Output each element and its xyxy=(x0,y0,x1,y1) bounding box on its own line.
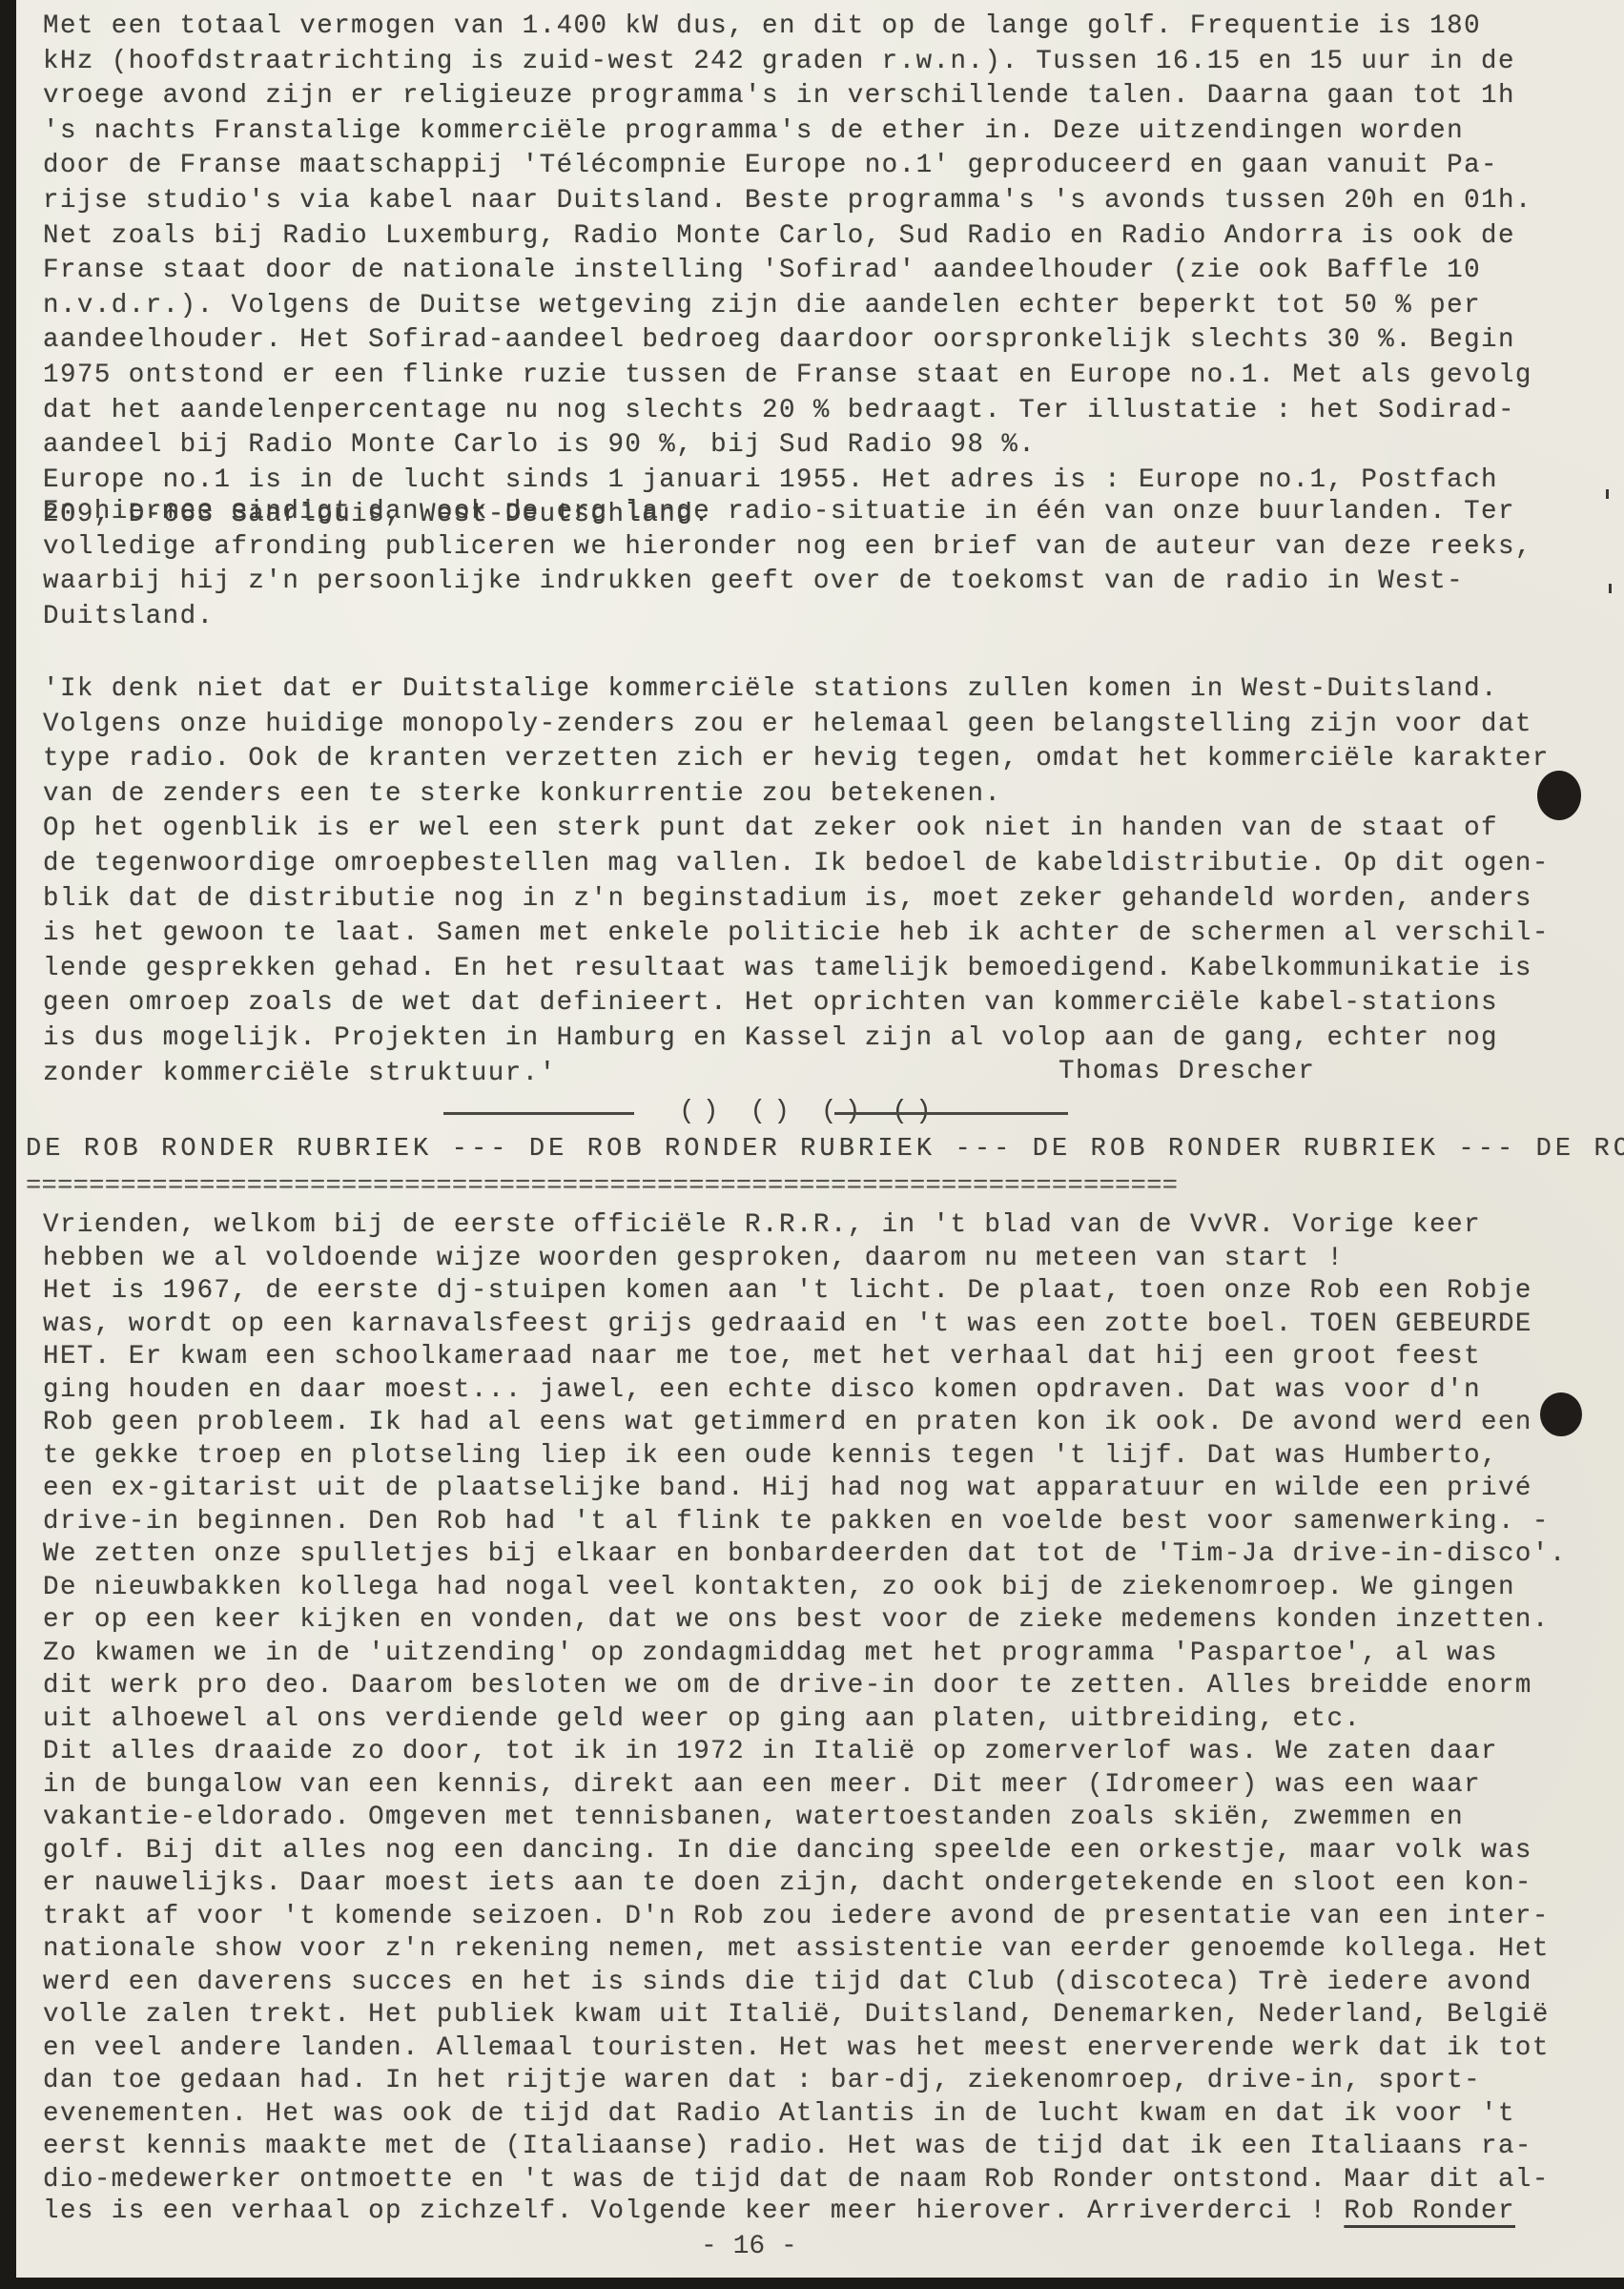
text-line: de tegenwoordige omroepbestellen mag val… xyxy=(43,851,1550,877)
text-line: hebben we al voldoende wijze woorden ges… xyxy=(43,1246,1344,1272)
text-line: uit alhoewel al ons verdiende geld weer … xyxy=(43,1706,1361,1733)
separator-line-right xyxy=(834,1112,1068,1115)
rubriek-rule: ========================================… xyxy=(26,1174,1178,1200)
text-line: geen omroep zoals de wet dat definieert.… xyxy=(43,990,1498,1017)
text-line: Net zoals bij Radio Luxemburg, Radio Mon… xyxy=(43,223,1515,250)
page-number: - 16 - xyxy=(701,2232,797,2261)
rubriek-signature: Rob Ronder xyxy=(1344,2196,1515,2226)
text-line: blik dat de distributie nog in z'n begin… xyxy=(43,886,1532,913)
text-line: Met een totaal vermogen van 1.400 kW dus… xyxy=(43,13,1481,40)
text-line: Volgens onze huidige monopoly-zenders zo… xyxy=(43,711,1532,738)
text-line: werd een daverens succes en het is sinds… xyxy=(43,1969,1532,1996)
text-line: We zetten onze spulletjes bij elkaar en … xyxy=(43,1541,1567,1568)
text-line: een ex-gitarist uit de plaatselijke band… xyxy=(43,1475,1532,1502)
punch-hole-upper xyxy=(1537,771,1581,820)
text-line: type radio. Ook de kranten verzetten zic… xyxy=(43,746,1550,773)
text-line: nationale show voor z'n rekening nemen, … xyxy=(43,1936,1550,1963)
text-line: Vrienden, welkom bij de eerste officiële… xyxy=(43,1212,1481,1239)
margin-mark xyxy=(1606,489,1609,499)
text-line: lende gesprekken gehad. En het resultaat… xyxy=(43,956,1532,982)
text-line: rijse studio's via kabel naar Duitsland.… xyxy=(43,188,1532,215)
punch-hole-lower xyxy=(1540,1392,1582,1436)
text-line: eerst kennis maakte met de (Italiaanse) … xyxy=(43,2134,1532,2160)
text-line: van de zenders een te sterke konkurrenti… xyxy=(43,781,1001,808)
rubriek-last-line: les is een verhaal op zichzelf. Volgende… xyxy=(43,2198,1515,2225)
text-line: 'Ik denk niet dat er Duitstalige kommerc… xyxy=(43,676,1498,703)
text-line: drive-in beginnen. Den Rob had 't al fli… xyxy=(43,1509,1550,1536)
text-line: aandeelhouder. Het Sofirad-aandeel bedro… xyxy=(43,327,1515,354)
text-line: aandeel bij Radio Monte Carlo is 90 %, b… xyxy=(43,432,1036,459)
text-line: trakt af voor 't komende seizoen. D'n Ro… xyxy=(43,1904,1550,1930)
text-line: kHz (hoofdstraatrichting is zuid-west 24… xyxy=(43,49,1515,75)
text-line: dio-medewerker ontmoette en 't was de ti… xyxy=(43,2167,1550,2194)
text-line: Duitsland. xyxy=(43,604,215,630)
rubriek-header: DE ROB RONDER RUBRIEK --- DE ROB RONDER … xyxy=(26,1137,1624,1163)
text-line: Op het ogenblik is er wel een sterk punt… xyxy=(43,815,1498,842)
text-line: Zo kwamen we in de 'uitzending' op zonda… xyxy=(43,1640,1498,1667)
text-line: Rob geen probleem. Ik had al eens wat ge… xyxy=(43,1410,1532,1436)
margin-mark xyxy=(1609,584,1612,593)
text-line: ging houden en daar moest... jawel, een … xyxy=(43,1377,1481,1404)
text-line: Franse staat door de nationale instellin… xyxy=(43,258,1481,284)
text-line: te gekke troep en plotseling liep ik een… xyxy=(43,1443,1498,1470)
text-line: Dit alles draaide zo door, tot ik in 197… xyxy=(43,1739,1498,1765)
text-line: Het is 1967, de eerste dj-stuipen komen … xyxy=(43,1278,1532,1305)
text-line: golf. Bij dit alles nog een dancing. In … xyxy=(43,1838,1532,1865)
letter-signature: Thomas Drescher xyxy=(1059,1059,1315,1085)
text-line: vakantie-eldorado. Omgeven met tennisban… xyxy=(43,1804,1464,1831)
text-line: vroege avond zijn er religieuze programm… xyxy=(43,83,1515,110)
text-line: 's nachts Franstalige kommerciële progra… xyxy=(43,118,1464,145)
text-line: er nauwelijks. Daar moest iets aan te do… xyxy=(43,1870,1532,1897)
text-line: De nieuwbakken kollega had nogal veel ko… xyxy=(43,1575,1515,1601)
text-line: dan toe gedaan had. In het rijtje waren … xyxy=(43,2068,1481,2094)
text-line: zonder kommerciële struktuur.' xyxy=(43,1061,557,1087)
separator-line-left xyxy=(443,1112,634,1115)
rubriek-last-line-text: les is een verhaal op zichzelf. Volgende… xyxy=(43,2196,1344,2226)
text-line: Europe no.1 is in de lucht sinds 1 janua… xyxy=(43,467,1498,494)
text-line: en veel andere landen. Allemaal touriste… xyxy=(43,2035,1550,2062)
text-line: n.v.d.r.). Volgens de Duitse wetgeving z… xyxy=(43,293,1481,320)
text-line: evenementen. Het was ook de tijd dat Rad… xyxy=(43,2101,1515,2128)
text-line: waarbij hij z'n persoonlijke indrukken g… xyxy=(43,568,1464,595)
typewritten-page: Met een totaal vermogen van 1.400 kW dus… xyxy=(16,0,1624,2278)
text-line: in de bungalow van een kennis, direkt aa… xyxy=(43,1772,1481,1799)
text-line: was, wordt op een karnavalsfeest grijs g… xyxy=(43,1311,1532,1338)
text-line: is het gewoon te laat. Samen met enkele … xyxy=(43,920,1550,947)
text-line: dat het aandelenpercentage nu nog slecht… xyxy=(43,398,1515,424)
text-line: door de Franse maatschappij 'Télécompnie… xyxy=(43,153,1498,179)
text-line: volle zalen trekt. Het publiek kwam uit … xyxy=(43,2002,1550,2029)
text-line: HET. Er kwam een schoolkameraad naar me … xyxy=(43,1344,1481,1371)
text-line: er op een keer kijken en vonden, dat we … xyxy=(43,1607,1550,1634)
scan-border-bottom xyxy=(0,2279,1624,2289)
text-line: dit werk pro deo. Daarom besloten we om … xyxy=(43,1673,1532,1700)
text-line: 1975 ontstond er een flinke ruzie tussen… xyxy=(43,362,1532,389)
text-line: is dus mogelijk. Projekten in Hamburg en… xyxy=(43,1025,1498,1052)
text-line: En hiermee eindigt dan ook de erg lange … xyxy=(43,499,1515,526)
text-line: volledige afronding publiceren we hieron… xyxy=(43,534,1532,561)
